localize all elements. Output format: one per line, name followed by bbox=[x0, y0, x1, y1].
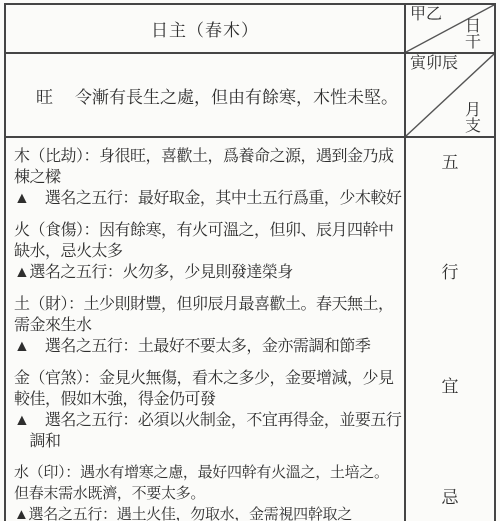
naming-advice: ▲選名之五行：遇土火佳，勿取水，金需視四幹取之 bbox=[14, 505, 404, 521]
element-section-wood: 木（比劫）：身很旺，喜歡土，爲養命之源，遇到金乃成 棟之樑 ▲ 選名之五行：最好… bbox=[14, 146, 404, 209]
naming-advice: ▲ 選名之五行：必須以火制金，不宜再得金，並要五行 調和 bbox=[14, 410, 404, 452]
element-section-metal: 金（官煞）：金見火無傷，看木之多少，金要增減，少見 較佳，假如木強，得金仍可發 … bbox=[14, 368, 404, 452]
month-branch-values: 寅卯辰 bbox=[410, 55, 458, 72]
day-stem-values: 甲乙 bbox=[410, 6, 442, 23]
naming-advice: ▲選名之五行：火勿多，少見則發達榮身 bbox=[14, 262, 404, 283]
side-label-char: 行 bbox=[406, 264, 494, 282]
naming-advice: ▲ 選名之五行：土最好不要太多，金亦需調和節季 bbox=[14, 336, 404, 357]
scanned-document-page: 日主（春木） 甲乙 日 干 旺 令漸有長生之處，但由有餘寒，木性未堅。 寅卯辰 … bbox=[0, 0, 500, 521]
month-branch-header-cell: 寅卯辰 月 支 bbox=[406, 54, 494, 138]
five-elements-text-cell: 木（比劫）：身很旺，喜歡土，爲養命之源，遇到金乃成 棟之樑 ▲ 選名之五行：最好… bbox=[6, 138, 406, 521]
element-description: 火（食傷）：因有餘寒，有火可溫之，但卯、辰月四幹中 缺水，忌火太多 bbox=[14, 220, 404, 262]
strength-cell: 旺 令漸有長生之處，但由有餘寒，木性未堅。 bbox=[6, 54, 406, 138]
day-master-title: 日主（春木） bbox=[151, 16, 259, 41]
element-section-earth: 土（財）：土少則財豐，但卯辰月最喜歡土。春天無土， 需金來生水 ▲ 選名之五行：… bbox=[14, 294, 404, 357]
month-branch-label: 月 支 bbox=[465, 103, 481, 135]
side-label-cell: 五 行 宜 忌 bbox=[406, 138, 494, 521]
element-section-water: 水（印）：遇水有增寒之慮，最好四幹有火溫之，土培之。 但春末需水既濟，不要太多。… bbox=[14, 463, 404, 521]
side-label-char: 忌 bbox=[406, 489, 494, 507]
element-description: 木（比劫）：身很旺，喜歡土，爲養命之源，遇到金乃成 棟之樑 bbox=[14, 146, 404, 188]
strength-label: 旺 bbox=[36, 83, 53, 108]
element-description: 水（印）：遇水有增寒之慮，最好四幹有火溫之，土培之。 但春末需水既濟，不要太多。 bbox=[14, 463, 404, 505]
day-stem-header-cell: 甲乙 日 干 bbox=[406, 5, 494, 54]
element-description: 土（財）：土少則財豐，但卯辰月最喜歡土。春天無土， 需金來生水 bbox=[14, 294, 404, 336]
side-label-char: 宜 bbox=[406, 378, 494, 396]
side-label-char: 五 bbox=[406, 154, 494, 172]
five-elements-table: 日主（春木） 甲乙 日 干 旺 令漸有長生之處，但由有餘寒，木性未堅。 寅卯辰 … bbox=[4, 3, 496, 521]
day-stem-label: 日 干 bbox=[465, 19, 481, 51]
strength-text: 令漸有長生之處，但由有餘寒，木性未堅。 bbox=[75, 83, 398, 108]
day-master-cell: 日主（春木） bbox=[6, 5, 406, 54]
element-description: 金（官煞）：金見火無傷，看木之多少，金要增減，少見 較佳，假如木強，得金仍可發 bbox=[14, 368, 404, 410]
naming-advice: ▲ 選名之五行：最好取金，其中土五行爲重，少木較好 bbox=[14, 188, 404, 209]
element-section-fire: 火（食傷）：因有餘寒，有火可溫之，但卯、辰月四幹中 缺水，忌火太多 ▲選名之五行… bbox=[14, 220, 404, 283]
